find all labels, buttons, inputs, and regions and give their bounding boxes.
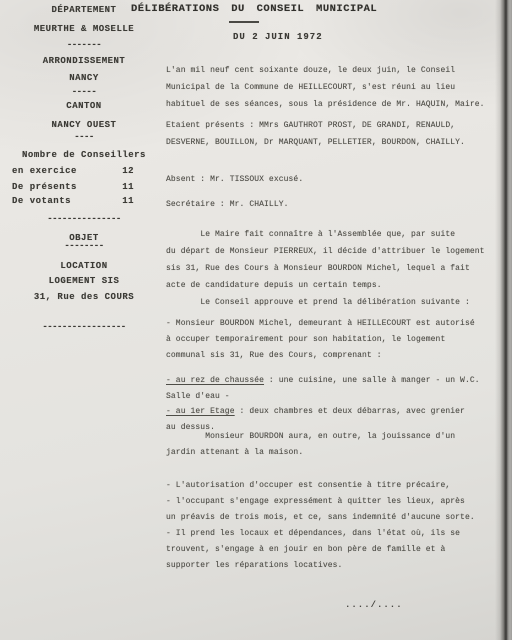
divider: ---------------: [8, 214, 160, 224]
premier-etage-heading: - au 1er Etage: [166, 407, 235, 416]
canton-value: NANCY OUEST: [8, 120, 160, 130]
paragraph-secretary: Secrétaire : Mr. CHAILLY.: [166, 196, 496, 213]
counselors-row-label: en exercice: [12, 166, 77, 176]
condition-quitter: - l'occupant s'engage expressément à qui…: [166, 497, 475, 522]
divider: -----: [8, 87, 160, 97]
paragraph-garden: Monsieur BOURDON aura, en outre, la joui…: [166, 429, 496, 461]
counselors-row-label: De votants: [12, 196, 71, 206]
scan-edge-shadow: [495, 0, 512, 640]
rez-de-chaussee-heading: - au rez de chaussée: [166, 376, 264, 385]
divider: ----: [8, 132, 160, 142]
objet-line: LOGEMENT SIS: [8, 276, 160, 286]
paragraph-absent: Absent : Mr. TISSOUX excusé.: [166, 171, 496, 188]
scanned-deliberation-page: DÉLIBÉRATIONS DU CONSEIL MUNICIPAL DU 2 …: [0, 0, 512, 640]
counselors-row-votants: De votants 11: [8, 196, 160, 206]
sidebar-margin-column: DÉPARTEMENT MEURTHE & MOSELLE ------- AR…: [8, 0, 160, 640]
condition-precaire: - L'autorisation d'occuper est consentie…: [166, 481, 450, 490]
canton-label: CANTON: [8, 101, 160, 111]
paragraph-item-bourdon: - Monsieur BOURDON Michel, demeurant à H…: [166, 316, 496, 364]
counselors-row-presents: De présents 11: [8, 182, 160, 192]
arrondissement-value: NANCY: [8, 73, 160, 83]
paragraph-council: Le Conseil approuve et prend la délibéra…: [166, 294, 496, 311]
paragraph-mayor: Le Maire fait connaître à l'Assemblée qu…: [166, 226, 496, 294]
departement-label: DÉPARTEMENT: [8, 5, 160, 15]
counselors-row-label: De présents: [12, 182, 77, 192]
counselors-row-value: 12: [122, 166, 134, 176]
divider: -------: [8, 40, 160, 50]
paragraph-present: Etaient présents : MMrs GAUTHROT PROST, …: [166, 117, 496, 151]
paragraph-opening: L'an mil neuf cent soixante douze, le de…: [166, 62, 496, 113]
paragraph-rez-de-chaussee: - au rez de chaussée : une cuisine, une …: [166, 373, 496, 405]
paragraph-conditions: - L'autorisation d'occuper est consentie…: [166, 478, 496, 574]
objet-underline: --------: [8, 241, 160, 251]
objet-line: LOCATION: [8, 261, 160, 271]
counselors-heading: Nombre de Conseillers: [8, 150, 160, 160]
arrondissement-label: ARRONDISSEMENT: [8, 56, 160, 66]
objet-line: 31, Rue des COURS: [8, 292, 160, 302]
counselors-row-exercice: en exercice 12: [8, 166, 160, 176]
condition-locaux: - Il prend les locaux et dépendances, da…: [166, 529, 460, 570]
continuation-dots: ..../....: [345, 600, 403, 610]
main-text-column: L'an mil neuf cent soixante douze, le de…: [166, 0, 496, 640]
divider: -----------------: [8, 322, 160, 332]
counselors-row-value: 11: [122, 182, 134, 192]
departement-value: MEURTHE & MOSELLE: [8, 24, 160, 34]
counselors-row-value: 11: [122, 196, 134, 206]
